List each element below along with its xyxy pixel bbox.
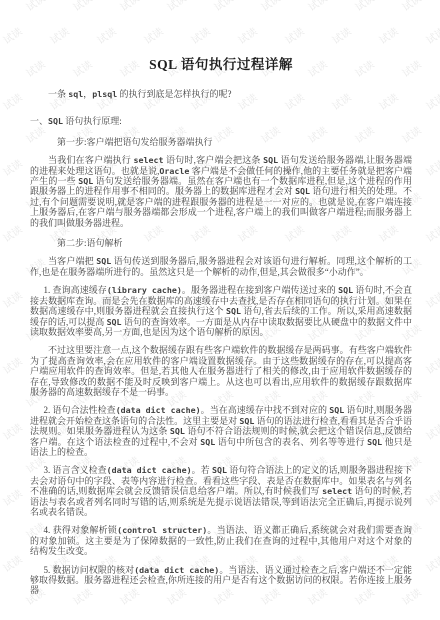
step-heading-2: 第二步:语句解析 (30, 238, 412, 248)
paragraph-step1: 当我们在客户端执行 select 语句时,客户端会把这条 SQL 语句发送给服务… (30, 155, 412, 228)
watermark-text: 试读 (423, 155, 440, 179)
inline-code: SQL (107, 317, 122, 327)
page-title: SQL 语句执行过程详解 (30, 53, 412, 73)
inline-code: SQL (367, 437, 382, 447)
inline-code: Oracle (159, 166, 189, 176)
document-page: SQL 语句执行过程详解 一条 sql，plsql 的执行到底是怎样执行的呢? … (30, 0, 412, 596)
inline-code: SQL (226, 306, 241, 316)
paragraph-cache-note: 不过这里要注意一点,这个数据缓存跟有些客户端软件的数据缓存是两码事。有些客户端软… (30, 345, 412, 397)
inline-code: select (133, 155, 163, 165)
inline-code: (library cache) (107, 285, 182, 295)
document-preview: { "page": { "background": "#ffffff" }, "… (0, 0, 440, 620)
inline-code: SQL (96, 256, 111, 266)
watermark-text: 试读 (423, 221, 440, 245)
inline-code: sql (68, 89, 83, 99)
watermark-text: 试读 (0, 155, 24, 179)
inline-code: select (322, 486, 352, 496)
watermark-text: 试读 (0, 353, 24, 377)
inline-code: SQL (200, 437, 215, 447)
step-heading-1: 第一步:客户端把语句发给服务器端执行 (30, 137, 412, 147)
inline-code: plsql (92, 89, 117, 99)
watermark-text: 试读 (423, 551, 440, 575)
inline-code: (control structer) (117, 525, 207, 535)
inline-code: SQL (329, 405, 344, 415)
watermark-text: 试读 (423, 287, 440, 311)
inline-code: (data dict cache) (107, 465, 192, 475)
watermark-text: 试读 (423, 485, 440, 509)
intro-paragraph: 一条 sql，plsql 的执行到底是怎样执行的呢? (30, 89, 412, 99)
watermark-text: 试读 (423, 89, 440, 113)
watermark-text: 试读 (0, 89, 24, 113)
paragraph-item-4-parse-lock: 4. 获得对象解析锁(control structer)。当语法、语义都正确后,… (30, 525, 412, 556)
paragraph-item-1-library-cache: 1. 查询高速缓存(library cache)。服务器进程在接到客户端传送过来… (30, 285, 412, 337)
watermark-text: 试读 (0, 287, 24, 311)
inline-code: SQL (212, 465, 227, 475)
watermark-text: 试读 (423, 353, 440, 377)
paragraph-item-2-syntax-check: 2. 语句合法性检查(data dict cache)。当在高速缓存中找不到对应… (30, 405, 412, 457)
watermark-text: 试读 (0, 221, 24, 245)
paragraph-item-3-semantic-check: 3. 语言含义检查(data dict cache)。若 SQL 语句符合语法上… (30, 465, 412, 517)
section-heading-sql-principle: 一、SQL 语句执行原理: (30, 116, 412, 126)
inline-code: SQL (48, 116, 63, 126)
inline-code: SQL (239, 416, 254, 426)
paragraph-item-5-privilege-check: 5. 数据访问权限的核对(data dict cache)。当语法、语义通过检查… (30, 565, 412, 596)
watermark-text: 试读 (423, 419, 440, 443)
watermark-text: 试读 (0, 485, 24, 509)
inline-code: (data dict cache) (134, 565, 219, 575)
inline-code: (data dict cache) (116, 405, 201, 415)
watermark-text: 试读 (0, 23, 24, 47)
inline-code: SQL (295, 186, 310, 196)
inline-code: SQL (338, 285, 353, 295)
watermark-text: 试读 (0, 551, 24, 575)
inline-code: SQL (170, 426, 185, 436)
inline-code: SQL (263, 155, 278, 165)
watermark-text: 试读 (0, 419, 24, 443)
inline-code: SQL (78, 176, 93, 186)
paragraph-step2: 当客户端把 SQL 语句传送到服务器后,服务器进程会对该语句进行解析。同理,这个… (30, 256, 412, 277)
watermark-text: 试读 (423, 23, 440, 47)
